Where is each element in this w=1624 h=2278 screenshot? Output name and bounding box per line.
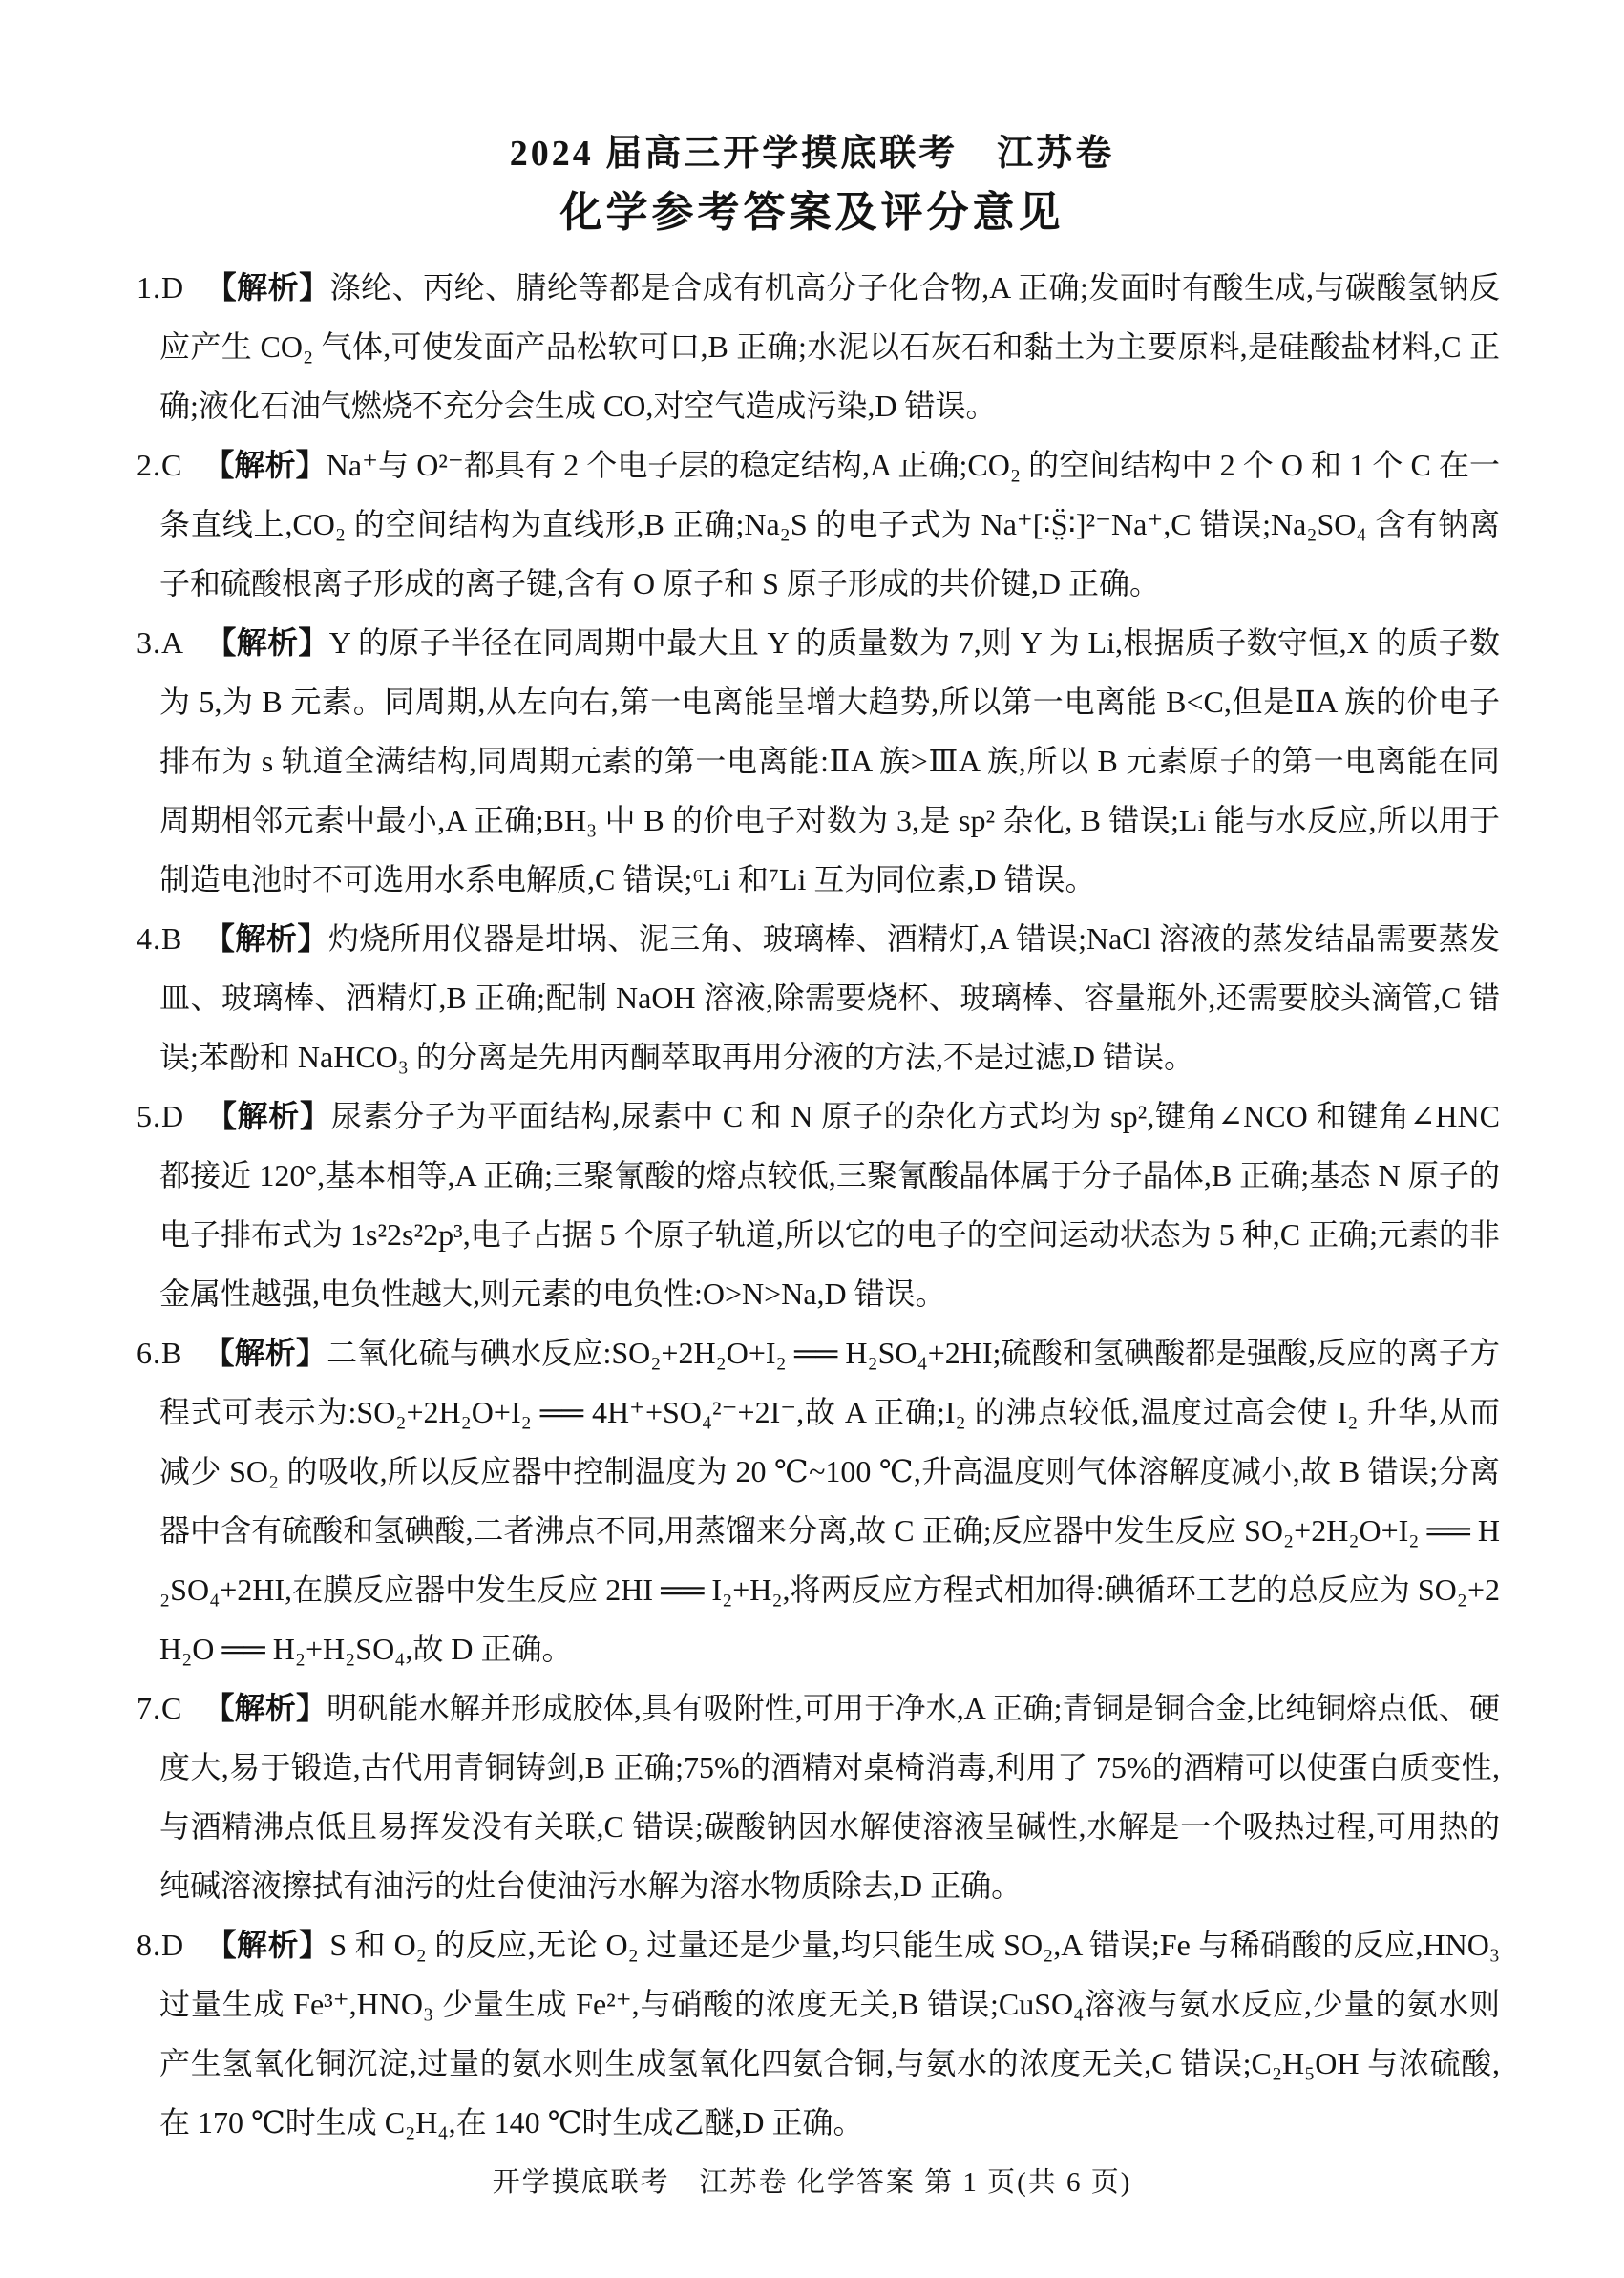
- answer-item-2: 2.C【解析】Na⁺与 O²⁻都具有 2 个电子层的稳定结构,A 正确;CO₂ …: [137, 435, 1500, 613]
- item-body: 涤纶、丙纶、腈纶等都是合成有机高分子化合物,A 正确;发面时有酸生成,与碳酸氢钠…: [159, 270, 1500, 423]
- answer-item-8: 8.D【解析】S 和 O₂ 的反应,无论 O₂ 过量还是少量,均只能生成 SO₂…: [137, 1915, 1500, 2152]
- item-number: 6.B: [137, 1336, 182, 1370]
- analysis-label: 【解析】: [205, 625, 329, 660]
- analysis-label: 【解析】: [205, 1099, 331, 1133]
- answer-item-3: 3.A【解析】Y 的原子半径在同周期中最大且 Y 的质量数为 7,则 Y 为 L…: [137, 613, 1500, 909]
- item-body: Na⁺与 O²⁻都具有 2 个电子层的稳定结构,A 正确;CO₂ 的空间结构中 …: [159, 448, 1500, 601]
- answer-item-7: 7.C【解析】明矾能水解并形成胶体,具有吸附性,可用于净水,A 正确;青铜是铜合…: [137, 1678, 1500, 1915]
- item-body: 灼烧所用仪器是坩埚、泥三角、玻璃棒、酒精灯,A 错误;NaCl 溶液的蒸发结晶需…: [159, 921, 1500, 1074]
- item-number: 3.A: [137, 625, 184, 660]
- analysis-label: 【解析】: [203, 1336, 327, 1370]
- item-number: 4.B: [137, 921, 182, 956]
- item-number: 8.D: [137, 1928, 184, 1962]
- analysis-label: 【解析】: [205, 270, 330, 305]
- page-subtitle: 化学参考答案及评分意见: [0, 189, 1624, 237]
- item-number: 7.C: [137, 1691, 182, 1725]
- analysis-label: 【解析】: [205, 1928, 329, 1962]
- item-body: Y 的原子半径在同周期中最大且 Y 的质量数为 7,则 Y 为 Li,根据质子数…: [159, 625, 1500, 896]
- page-footer: 开学摸底联考 江苏卷 化学答案 第 1 页(共 6 页): [0, 2161, 1624, 2200]
- document-page: 2024 届高三开学摸底联考 江苏卷 化学参考答案及评分意见 1.D【解析】涤纶…: [0, 0, 1624, 2278]
- item-number: 1.D: [137, 270, 184, 305]
- item-body: 二氧化硫与碘水反应:SO₂+2H₂O+I₂ ══ H₂SO₄+2HI;硫酸和氢碘…: [159, 1336, 1500, 1666]
- answer-item-1: 1.D【解析】涤纶、丙纶、腈纶等都是合成有机高分子化合物,A 正确;发面时有酸生…: [137, 258, 1500, 435]
- answer-item-4: 4.B【解析】灼烧所用仪器是坩埚、泥三角、玻璃棒、酒精灯,A 错误;NaCl 溶…: [137, 909, 1500, 1086]
- item-number: 5.D: [137, 1099, 184, 1133]
- analysis-label: 【解析】: [203, 1691, 327, 1725]
- item-body: S 和 O₂ 的反应,无论 O₂ 过量还是少量,均只能生成 SO₂,A 错误;F…: [159, 1928, 1500, 2140]
- page-title: 2024 届高三开学摸底联考 江苏卷: [0, 0, 1624, 176]
- item-body: 尿素分子为平面结构,尿素中 C 和 N 原子的杂化方式均为 sp²,键角∠NCO…: [159, 1099, 1500, 1311]
- answers-list: 1.D【解析】涤纶、丙纶、腈纶等都是合成有机高分子化合物,A 正确;发面时有酸生…: [137, 258, 1500, 2152]
- item-body: 明矾能水解并形成胶体,具有吸附性,可用于净水,A 正确;青铜是铜合金,比纯铜熔点…: [159, 1691, 1500, 1903]
- answer-item-5: 5.D【解析】尿素分子为平面结构,尿素中 C 和 N 原子的杂化方式均为 sp²…: [137, 1086, 1500, 1323]
- analysis-label: 【解析】: [203, 448, 326, 482]
- analysis-label: 【解析】: [203, 921, 327, 956]
- item-number: 2.C: [137, 448, 182, 482]
- answer-item-6: 6.B【解析】二氧化硫与碘水反应:SO₂+2H₂O+I₂ ══ H₂SO₄+2H…: [137, 1323, 1500, 1678]
